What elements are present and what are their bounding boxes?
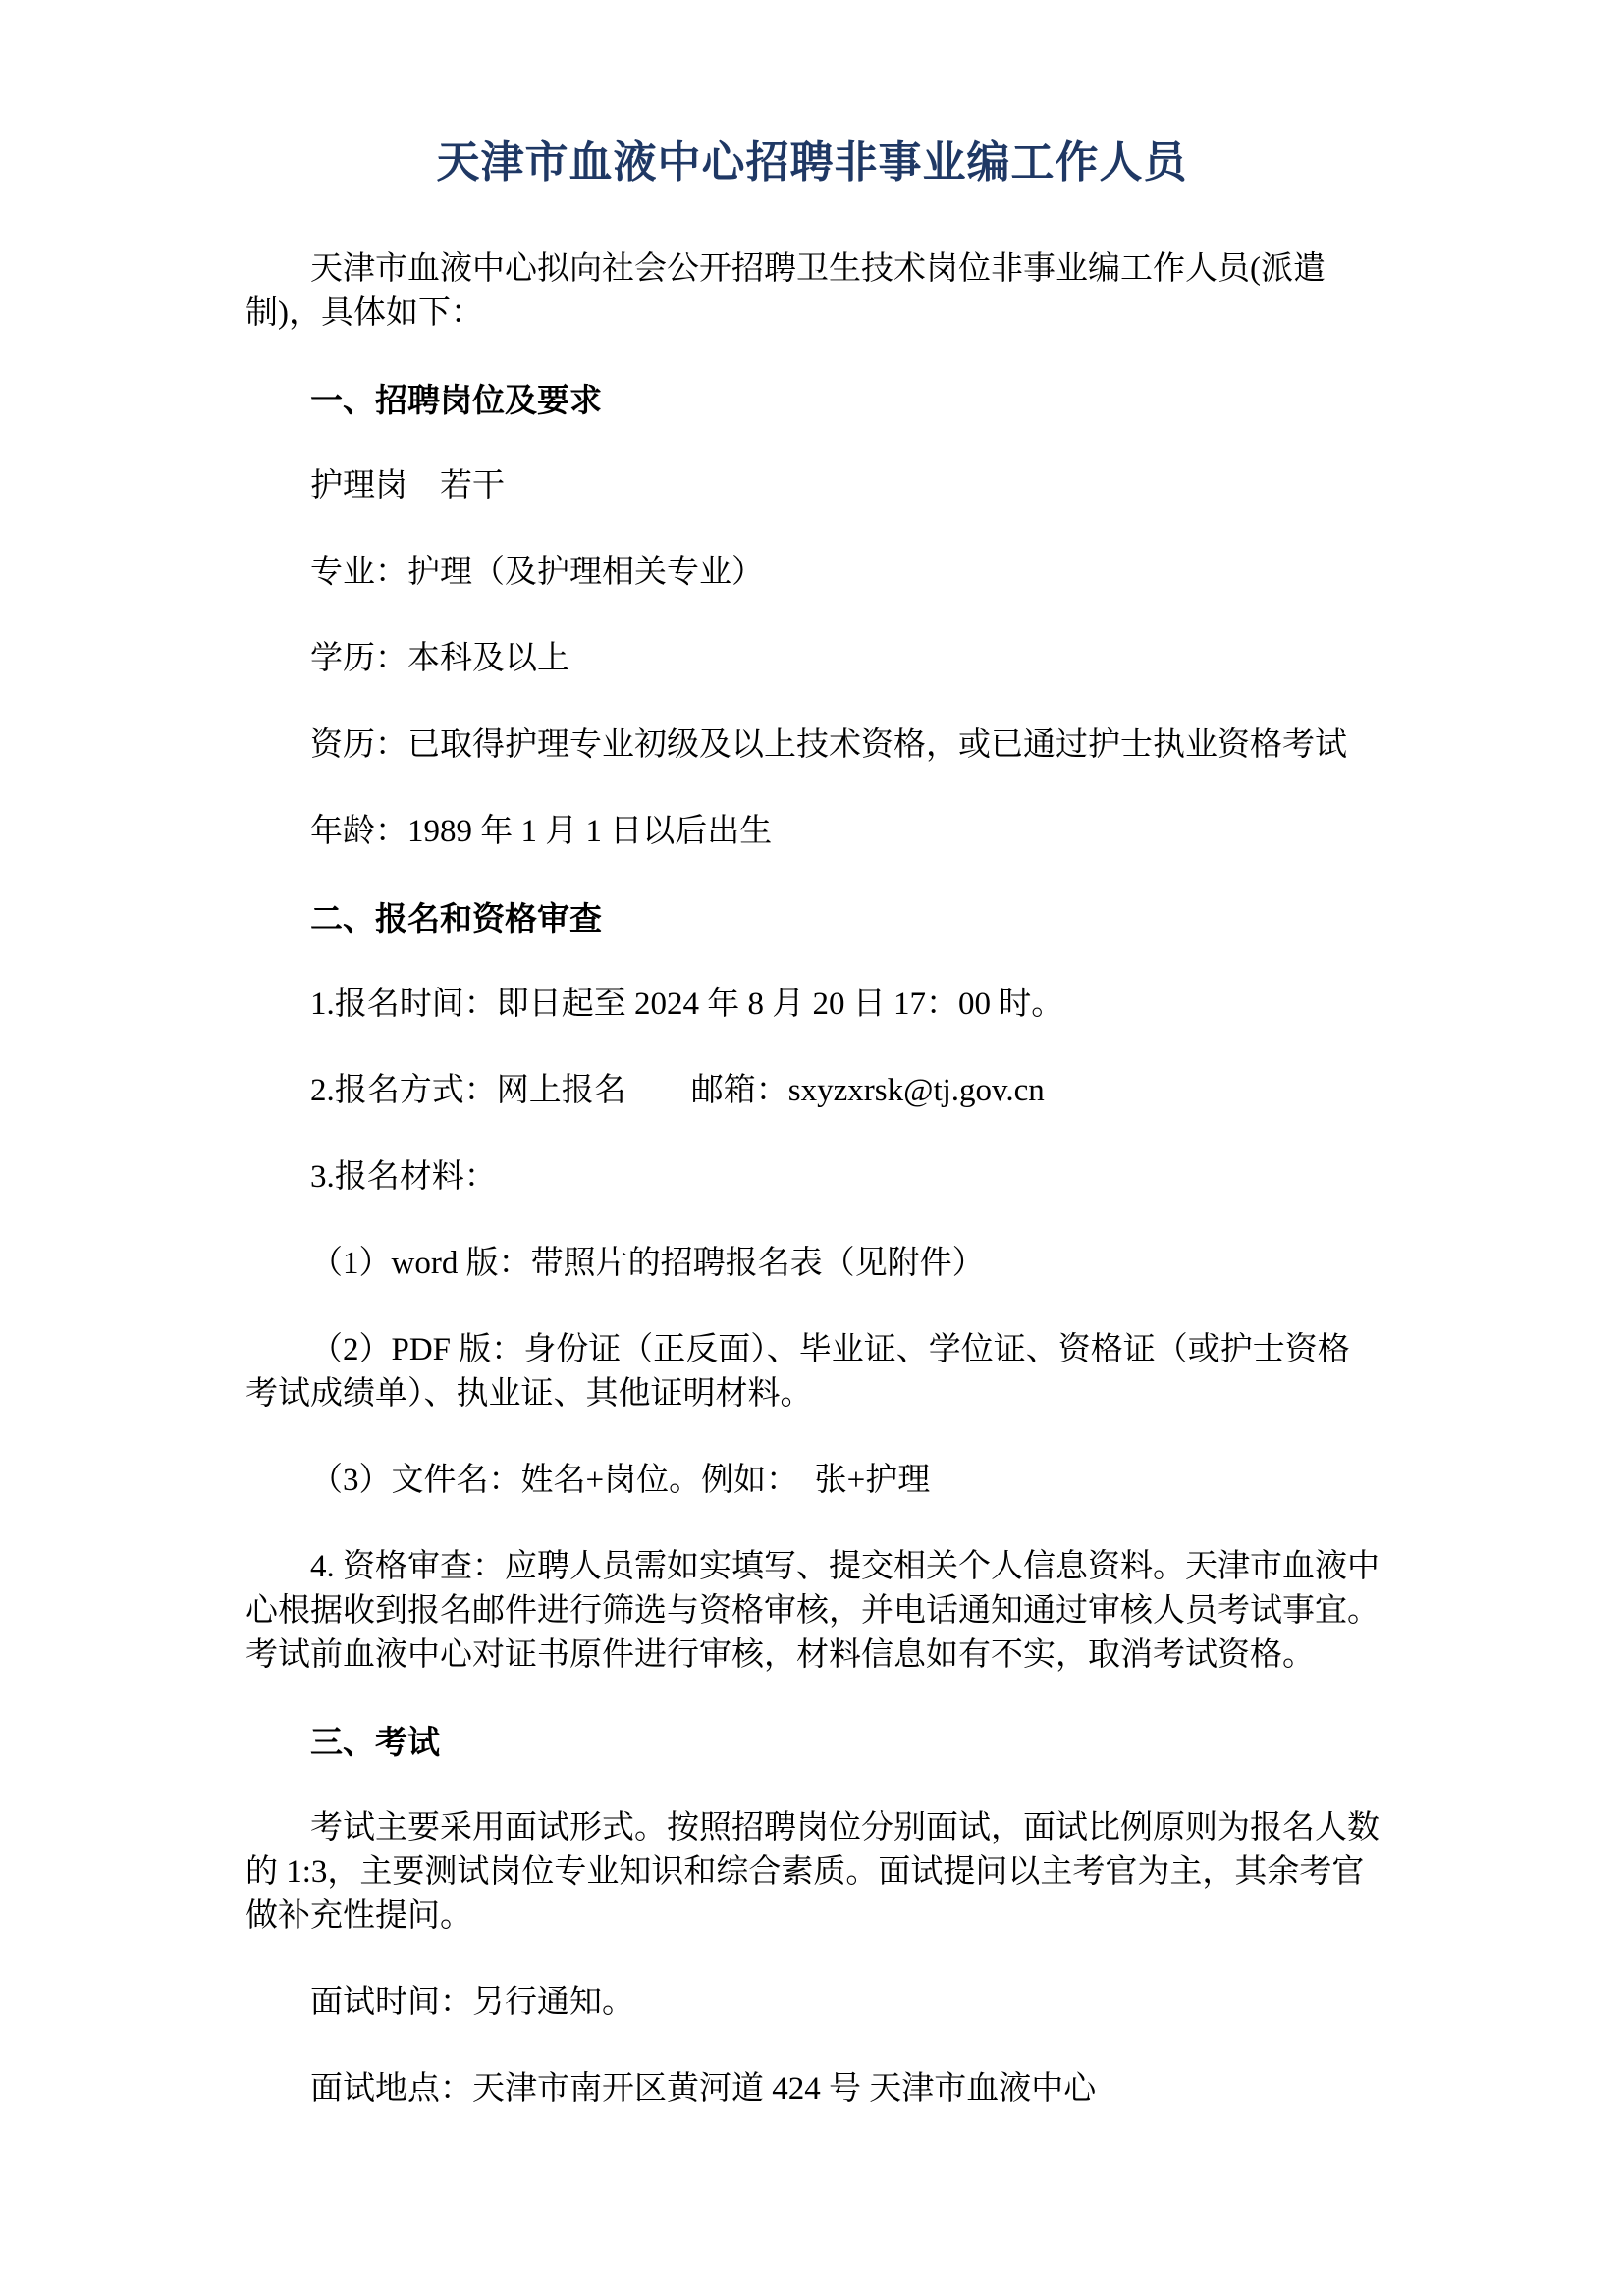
document-page: 天津市血液中心招聘非事业编工作人员 天津市血液中心拟向社会公开招聘卫生技术岗位非…	[0, 0, 1624, 2296]
para-education-requirement: 学历：本科及以上	[245, 637, 1404, 681]
para-material-filename-rule: （3）文件名：姓名+岗位。例如： 张+护理	[245, 1459, 1404, 1503]
para-registration-method-email: 2.报名方式：网上报名 邮箱：sxyzxrsk@tj.gov.cn	[245, 1069, 1404, 1113]
para-age-requirement: 年龄：1989 年 1 月 1 日以后出生	[245, 810, 1404, 854]
para-position-quota: 护理岗 若干	[245, 464, 1404, 508]
para-material-word-form: （1）word 版：带照片的招聘报名表（见附件）	[245, 1242, 1404, 1286]
para-material-pdf-certificates: （2）PDF 版：身份证（正反面）、毕业证、学位证、资格证（或护士资格 考试成绩…	[245, 1328, 1404, 1416]
para-interview-location: 面试地点：天津市南开区黄河道 424 号 天津市血液中心	[245, 2067, 1404, 2111]
para-interview-time: 面试时间：另行通知。	[245, 1981, 1404, 2025]
section-heading-recruitment-positions: 一、招聘岗位及要求	[245, 378, 1404, 422]
document-title: 天津市血液中心招聘非事业编工作人员	[245, 134, 1379, 190]
para-registration-time: 1.报名时间：即日起至 2024 年 8 月 20 日 17：00 时。	[245, 983, 1404, 1027]
para-exam-format: 考试主要采用面试形式。按照招聘岗位分别面试，面试比例原则为报名人数 的 1:3，…	[245, 1806, 1404, 1939]
para-major-requirement: 专业：护理（及护理相关专业）	[245, 551, 1404, 595]
para-registration-materials: 3.报名材料：	[245, 1155, 1404, 1200]
section-heading-examination: 三、考试	[245, 1720, 1404, 1764]
para-qualification-review-process: 4. 资格审查：应聘人员需如实填写、提交相关个人信息资料。天津市血液中 心根据收…	[245, 1545, 1404, 1678]
para-qualification-requirement: 资历：已取得护理专业初级及以上技术资格，或已通过护士执业资格考试	[245, 723, 1404, 768]
intro-paragraph: 天津市血液中心拟向社会公开招聘卫生技术岗位非事业编工作人员(派遣 制)，具体如下…	[245, 247, 1404, 336]
section-heading-registration-review: 二、报名和资格审查	[245, 896, 1404, 940]
